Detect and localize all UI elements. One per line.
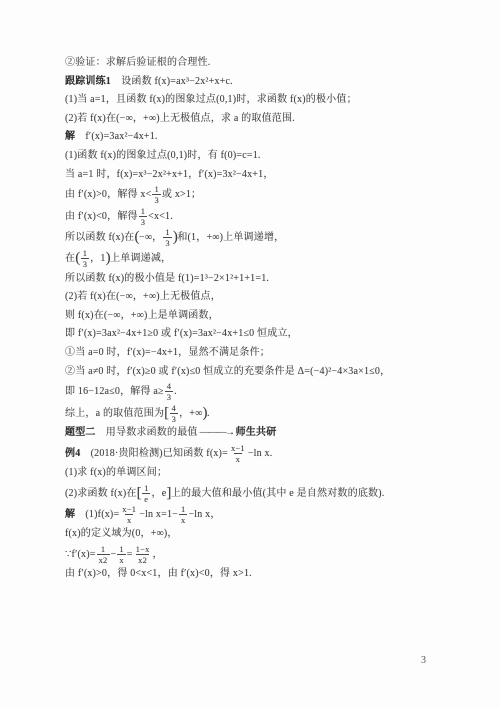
fraction-numerator: 1−x — [134, 544, 152, 554]
fraction-denominator: x — [179, 514, 187, 525]
text-span: <x<1. — [148, 211, 173, 222]
text-span: 即 16−12a≤0，解得 a≥ — [65, 386, 164, 397]
text-line: 所以函数 f(x)在(−∞，13)和(1，+∞)上单调递增， — [65, 227, 500, 248]
fraction: 1−xx2 — [134, 544, 152, 565]
text-span: − — [111, 549, 117, 560]
fraction: 43 — [170, 403, 178, 424]
text-span: = — [127, 549, 133, 560]
text-span: 用导数求函数的最值 — [96, 427, 198, 438]
text-span: ∵f′(x)= — [65, 549, 96, 560]
bold-text: 跟踪训练1 — [65, 76, 111, 87]
text-span: ①当 a=0 时，f′(x)=−4x+1，显然不满足条件； — [65, 347, 270, 358]
text-span: (1)f(x)= — [75, 509, 119, 520]
fraction: 1x — [117, 544, 125, 565]
text-span: 所以函数 f(x)在 — [65, 232, 135, 243]
text-line: 当 a=1 时，f(x)=x³−2x²+x+1，f′(x)=3x²−4x+1， — [65, 166, 500, 185]
text-span: 或 x>1； — [162, 189, 201, 200]
text-line: 则 f(x)在(−∞，+∞)上是单调函数， — [65, 307, 500, 326]
text-line: 综上，a 的取值范围为[43，+∞). — [65, 403, 500, 424]
text-span: (2)若 f(x)在(−∞，+∞)上无极值点， — [65, 291, 221, 302]
fraction-numerator: 4 — [165, 381, 173, 391]
fraction-denominator: 3 — [165, 391, 173, 402]
text-span: (1)求 f(x)的单调区间； — [65, 467, 167, 478]
fraction: x−1x — [120, 504, 138, 525]
text-line: ②验证：求解后验证根的合理性. — [65, 54, 500, 73]
text-span: (2018·贵阳检测)已知函数 f(x)= — [80, 448, 228, 459]
text-line: 解 f′(x)=3ax²−4x+1. — [65, 128, 500, 147]
text-line: 由 f′(x)>0，得 0<x<1，由 f′(x)<0，得 x>1. — [65, 565, 500, 584]
text-span: 当 a=1 时，f(x)=x³−2x²+x+1，f′(x)=3x²−4x+1， — [65, 169, 274, 180]
text-span: 由 f′(x)>0，解得 x< — [65, 189, 151, 200]
text-line: (2)若 f(x)在(−∞，+∞)上无极值点，求 a 的取值范围. — [65, 110, 500, 129]
text-line: 所以函数 f(x)的极小值是 f(1)=1³−2×1²+1+1=1. — [65, 270, 500, 289]
fraction-numerator: 1 — [117, 544, 125, 554]
text-span: ，e — [152, 488, 167, 499]
fraction: 1e — [142, 483, 150, 504]
text-span: 由 f′(x)>0，得 0<x<1，由 f′(x)<0，得 x>1. — [65, 568, 252, 579]
text-span: f(x)的定义域为(0，+∞)， — [65, 528, 178, 539]
text-line: 即 f′(x)=3ax²−4x+1≥0 或 f′(x)=3ax²−4x+1≤0 … — [65, 325, 500, 344]
bold-text: 解 — [65, 509, 75, 520]
fraction-denominator: x — [125, 514, 133, 525]
text-line: 例4 (2018·贵阳检测)已知函数 f(x)=x−1x−ln x. — [65, 443, 500, 464]
text-span: f′(x)=3ax²−4x+1. — [75, 131, 157, 142]
text-line: (2)求函数 f(x)在[1e，e]上的最大值和最小值(其中 e 是自然对数的底… — [65, 483, 500, 504]
fraction-denominator: e — [142, 493, 150, 504]
arrow-rule: ———→ — [200, 427, 234, 438]
bold-text: 解 — [65, 131, 75, 142]
text-span: . — [174, 386, 177, 397]
text-line: 题型二 用导数求函数的最值———→师生共研 — [65, 424, 500, 443]
text-span: ，1 — [90, 253, 105, 264]
text-line: (1)函数 f(x)的图象过点(0,1)时，有 f(0)=c=1. — [65, 147, 500, 166]
text-span: . — [207, 408, 210, 419]
fraction-numerator: 1 — [152, 184, 160, 194]
fraction-numerator: 1 — [142, 483, 150, 493]
fraction: x−1x — [229, 443, 247, 464]
text-span: 在 — [65, 253, 75, 264]
text-span: 即 f′(x)=3ax²−4x+1≥0 或 f′(x)=3ax²−4x+1≤0 … — [65, 328, 298, 339]
text-line: 在(13，1)上单调递减， — [65, 248, 500, 269]
big-delimiter: [ — [164, 405, 169, 421]
text-line: (1)当 a=1，且函数 f(x)的图象过点(0,1)时，求函数 f(x)的极小… — [65, 91, 500, 110]
text-span: ②当 a≠0 时，f′(x)≥0 或 f′(x)≤0 恒成立的充要条件是 Δ=(… — [65, 366, 390, 377]
fraction-denominator: x — [117, 554, 125, 565]
text-span: ，+∞ — [179, 408, 202, 419]
fraction-numerator: 1 — [163, 227, 171, 237]
text-line: ②当 a≠0 时，f′(x)≥0 或 f′(x)≤0 恒成立的充要条件是 Δ=(… — [65, 363, 500, 382]
fraction-numerator: 1 — [81, 248, 89, 258]
text-span: (2)若 f(x)在(−∞，+∞)上无极值点，求 a 的取值范围. — [65, 113, 295, 124]
text-line: 由 f′(x)>0，解得 x<13或 x>1； — [65, 184, 500, 205]
text-line: 跟踪训练1 设函数 f(x)=ax³−2x²+x+c. — [65, 73, 500, 92]
fraction-denominator: x2 — [97, 554, 110, 565]
text-span: 上单调递减， — [110, 253, 171, 264]
fraction: 43 — [165, 381, 173, 402]
big-delimiter: [ — [137, 485, 142, 501]
text-span: 和(1，+∞)上单调递增， — [177, 232, 284, 243]
fraction-numerator: 1 — [139, 206, 147, 216]
text-span: 所以函数 f(x)的极小值是 f(1)=1³−2×1²+1+1=1. — [65, 273, 269, 284]
text-line: f(x)的定义域为(0，+∞)， — [65, 525, 500, 544]
fraction-denominator: 3 — [81, 258, 89, 269]
fraction-numerator: x−1 — [229, 443, 247, 453]
text-line: 即 16−12a≤0，解得 a≥43. — [65, 381, 500, 402]
fraction-numerator: 1 — [179, 504, 187, 514]
text-line: ∵f′(x)=1x2−1x=1−xx2， — [65, 544, 500, 565]
document-content: ②验证：求解后验证根的合理性.跟踪训练1 设函数 f(x)=ax³−2x²+x+… — [65, 54, 500, 584]
fraction-denominator: 3 — [170, 413, 178, 424]
fraction-numerator: x−1 — [120, 504, 138, 514]
text-line: ①当 a=0 时，f′(x)=−4x+1，显然不满足条件； — [65, 344, 500, 363]
fraction-denominator: 3 — [163, 237, 171, 248]
text-line: (1)求 f(x)的单调区间； — [65, 464, 500, 483]
text-span: −ln x， — [188, 509, 220, 520]
text-span: −∞， — [139, 232, 162, 243]
text-span: ②验证：求解后验证根的合理性. — [65, 57, 211, 68]
text-span: 设函数 f(x)=ax³−2x²+x+c. — [111, 76, 233, 87]
text-span: (1)当 a=1，且函数 f(x)的图象过点(0,1)时，求函数 f(x)的极小… — [65, 94, 357, 105]
fraction-denominator: x2 — [136, 554, 149, 565]
text-line: (2)若 f(x)在(−∞，+∞)上无极值点， — [65, 288, 500, 307]
text-span: 则 f(x)在(−∞，+∞)上是单调函数， — [65, 310, 219, 321]
fraction-denominator: 3 — [152, 194, 160, 205]
text-line: 解 (1)f(x)=x−1x−ln x=1−1x−ln x， — [65, 504, 500, 525]
text-span: −ln x=1− — [139, 509, 178, 520]
text-span: (2)求函数 f(x)在 — [65, 488, 137, 499]
fraction-numerator: 4 — [170, 403, 178, 413]
fraction: 1x — [179, 504, 187, 525]
text-span: 由 f′(x)<0，解得 — [65, 211, 138, 222]
bold-text: 例4 — [65, 448, 80, 459]
text-span: −ln x. — [248, 448, 273, 459]
text-span: 上的最大值和最小值(其中 e 是自然对数的底数). — [171, 488, 385, 499]
bold-text: 师生共研 — [236, 427, 277, 438]
fraction: 1x2 — [97, 544, 110, 565]
text-span: (1)函数 f(x)的图象过点(0,1)时，有 f(0)=c=1. — [65, 150, 261, 161]
fraction-denominator: 3 — [139, 216, 147, 227]
fraction: 13 — [152, 184, 160, 205]
text-span: 综上，a 的取值范围为 — [65, 408, 164, 419]
document-page: ②验证：求解后验证根的合理性.跟踪训练1 设函数 f(x)=ax³−2x²+x+… — [0, 0, 500, 708]
fraction: 13 — [163, 227, 171, 248]
bold-text: 题型二 — [65, 427, 96, 438]
text-span: ， — [153, 549, 163, 560]
big-delimiter: ( — [75, 250, 80, 266]
fraction-denominator: x — [234, 453, 242, 464]
text-line: 由 f′(x)<0，解得13<x<1. — [65, 206, 500, 227]
fraction: 13 — [139, 206, 147, 227]
page-number: 3 — [421, 655, 426, 666]
fraction-numerator: 1 — [99, 544, 107, 554]
fraction: 13 — [81, 248, 89, 269]
